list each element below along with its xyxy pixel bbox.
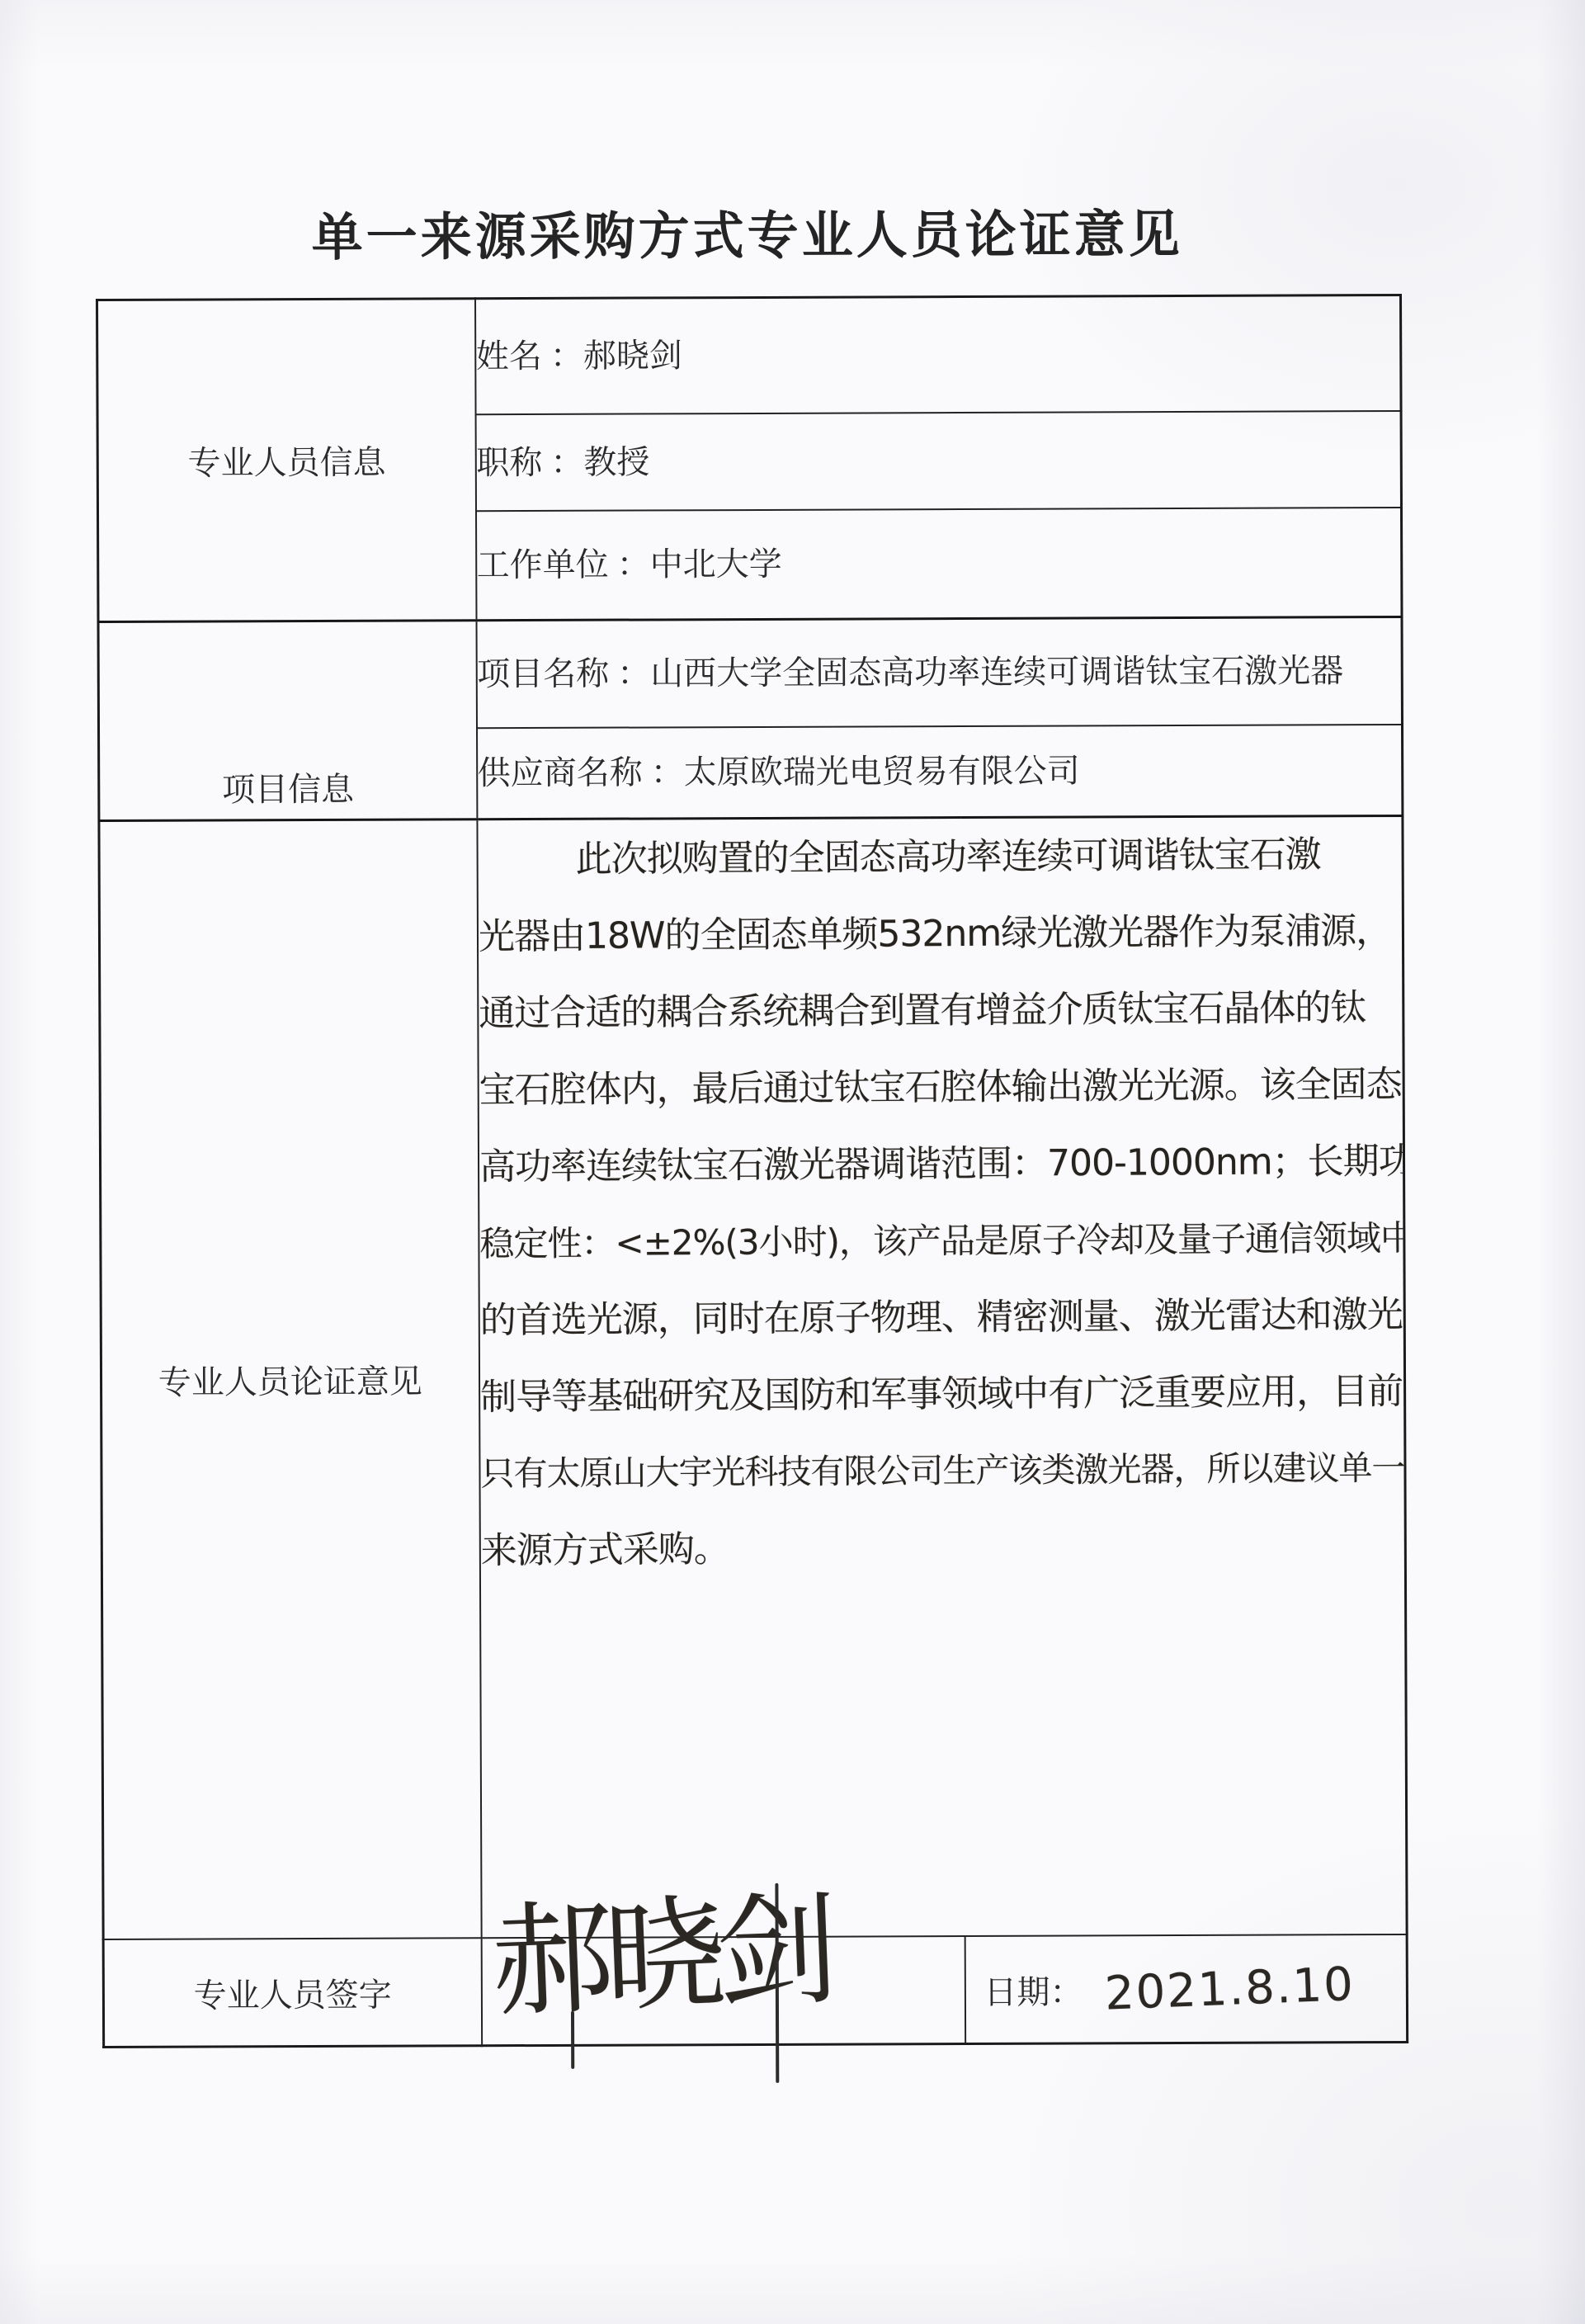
job-title-label: 职称 ： (476, 443, 583, 480)
opinion-section-label-cell: 专业人员论证意见 (99, 820, 481, 1939)
date-label: 日期： (984, 1966, 1083, 2013)
signature-label: 专业人员签字 (194, 1976, 392, 2014)
employer-value: 中北大学 (650, 546, 782, 583)
opinion-line: 光器由18W的全固态单频532nm绿光激光器作为泵浦源， (478, 893, 1402, 975)
employer-cell: 工作单位 ：中北大学 (475, 508, 1402, 621)
row-project-name: 项目信息 项目名称 ：山西大学全固态高功率连续可调谐钛宝石激光器 (98, 616, 1402, 730)
signature-label-cell: 专业人员签字 (103, 1938, 481, 2047)
form-table: 专业人员信息 姓名 ：郝晓剑 职称 ：教授 工作单位 ：中北大学 项目信息 (96, 294, 1408, 2048)
opinion-line: 只有太原山大宇光科技有限公司生产该类激光器，所以建议单一 (480, 1429, 1404, 1512)
project-name-value: 山西大学全固态高功率连续可调谐钛宝石激光器 (650, 652, 1343, 692)
project-name-label: 项目名称 ： (477, 654, 650, 692)
job-title-value: 教授 (583, 443, 649, 480)
opinion-line: 通过合适的耦合系统耦合到置有增益介质钛宝石晶体的钛 (479, 970, 1403, 1052)
name-value: 郝晓剑 (583, 337, 682, 374)
personnel-section-label: 专业人员信息 (187, 444, 385, 482)
date-handwriting: 2021.8.10 (1103, 1957, 1355, 2020)
job-title-cell: 职称 ：教授 (475, 411, 1401, 511)
opinion-line: 高功率连续钛宝石激光器调谐范围：700-1000nm；长期功率 (479, 1123, 1403, 1206)
document-content: 单一来源采购方式专业人员论证意见 专业人员信息 姓名 ：郝晓剑 职称 ：教授 (0, 0, 1585, 2324)
opinion-line: 此次拟购置的全固态高功率连续可调谐钛宝石激 (478, 816, 1402, 899)
project-section-label-cell: 项目信息 (98, 621, 477, 821)
date-cell: 日期： 2021.8.10 (965, 1934, 1407, 2044)
employer-label: 工作单位 ： (477, 546, 650, 583)
pen-stroke-artifact (571, 2011, 574, 2069)
supplier-label: 供应商名称 ： (478, 753, 684, 791)
signature-handwriting: 郝晓剑 (488, 1853, 825, 2040)
opinion-line: 宝石腔体内，最后通过钛宝石腔体输出激光光源。该全固态 (479, 1046, 1403, 1129)
opinion-text-cell: 此次拟购置的全固态高功率连续可调谐钛宝石激 光器由18W的全固态单频532nm绿… (477, 815, 1407, 1938)
row-opinion: 专业人员论证意见 此次拟购置的全固态高功率连续可调谐钛宝石激 光器由18W的全固… (99, 815, 1407, 1939)
project-section-label: 项目信息 (100, 763, 476, 820)
supplier-cell: 供应商名称 ：太原欧瑞光电贸易有限公司 (477, 725, 1403, 820)
opinion-line: 来源方式采购。 (480, 1506, 1404, 1589)
page-title: 单一来源采购方式专业人员论证意见 (96, 192, 1399, 271)
project-name-cell: 项目名称 ：山西大学全固态高功率连续可调谐钛宝石激光器 (476, 616, 1402, 728)
name-label: 姓名 ： (476, 338, 583, 375)
opinion-line: 制导等基础研究及国防和军事领域中有广泛重要应用，目前 (479, 1353, 1403, 1436)
row-name: 专业人员信息 姓名 ：郝晓剑 (97, 295, 1402, 416)
opinion-section-label: 专业人员论证意见 (158, 1363, 422, 1401)
scanned-document-page: 单一来源采购方式专业人员论证意见 专业人员信息 姓名 ：郝晓剑 职称 ：教授 (0, 0, 1585, 2324)
opinion-line: 的首选光源，同时在原子物理、精密测量、激光雷达和激光 (479, 1277, 1403, 1359)
name-cell: 姓名 ：郝晓剑 (475, 295, 1402, 414)
personnel-section-label-cell: 专业人员信息 (97, 299, 476, 622)
supplier-value: 太原欧瑞光电贸易有限公司 (684, 752, 1080, 791)
opinion-line: 稳定性：<±2%(3小时)，该产品是原子冷却及量子通信领域中 (479, 1200, 1403, 1282)
